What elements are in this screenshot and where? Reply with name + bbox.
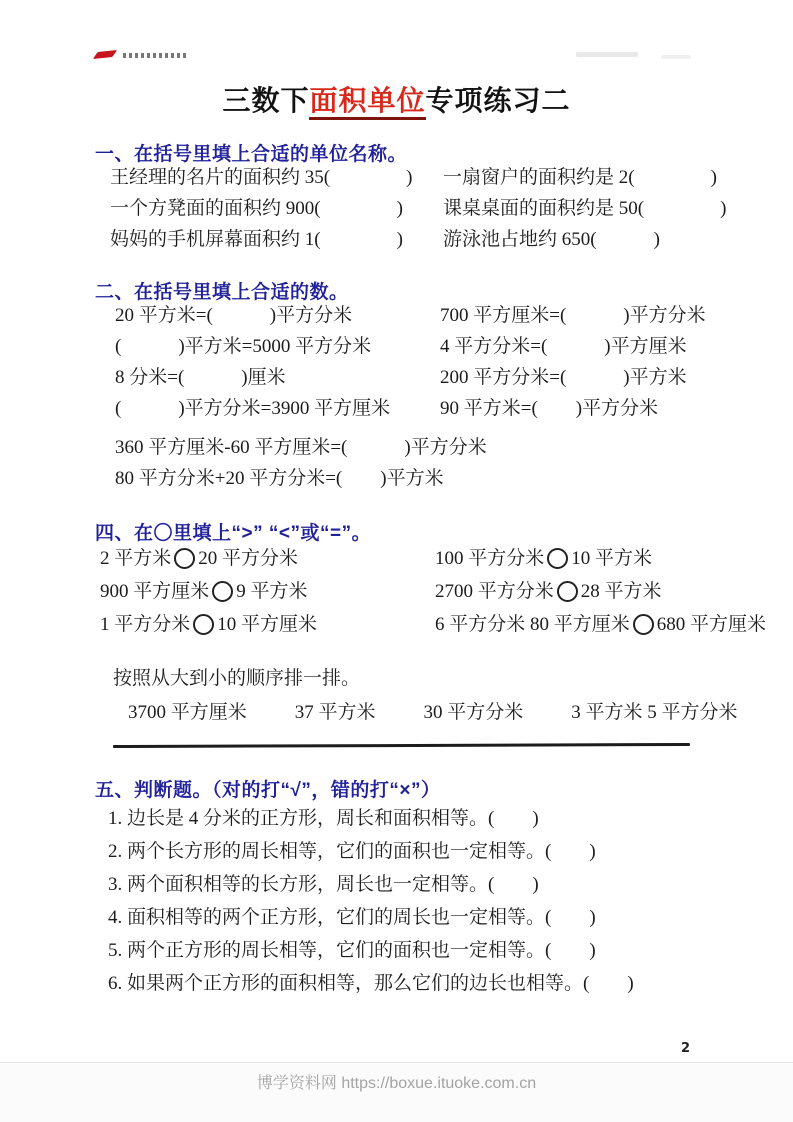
scan-artifact bbox=[661, 55, 691, 59]
worksheet-page: 三数下面积单位专项练习二 一、在括号里填上合适的单位名称。 王经理的名片的面积约… bbox=[0, 0, 793, 1122]
compare-right-value: 9 平方米 bbox=[236, 581, 307, 602]
sort-item: 37 平方米 bbox=[295, 697, 376, 724]
page-title: 三数下面积单位专项练习二 bbox=[0, 79, 793, 119]
comparison-item: 1 平方分米10 平方厘米 bbox=[100, 613, 435, 646]
question-item: 一个方凳面的面积约 900( ) bbox=[110, 197, 443, 228]
compare-left-value: 2700 平方分米 bbox=[435, 581, 554, 602]
section-one-rows: 王经理的名片的面积约 35( ) 一扇窗户的面积约是 2( ) 一个方凳面的面积… bbox=[110, 166, 760, 259]
compare-left-value: 100 平方分米 bbox=[435, 548, 544, 569]
comparison-item: 6 平方分米 80 平方厘米680 平方厘米 bbox=[435, 613, 770, 646]
question-item: ( )平方米=5000 平方分米 bbox=[115, 335, 440, 366]
compare-right-value: 28 平方米 bbox=[581, 581, 662, 602]
judgement-item: 6. 如果两个正方形的面积相等，那么它们的边长也相等。( ) bbox=[108, 972, 634, 1005]
compare-right-value: 10 平方厘米 bbox=[217, 614, 317, 635]
question-item: 游泳池占地约 650( ) bbox=[443, 228, 760, 259]
title-highlight: 面积单位 bbox=[309, 85, 425, 120]
title-suffix: 专项练习二 bbox=[426, 85, 571, 116]
answer-blank-line bbox=[113, 743, 690, 748]
comparison-circle bbox=[557, 581, 578, 602]
scan-artifact bbox=[576, 52, 638, 57]
sort-item: 30 平方分米 bbox=[424, 697, 524, 724]
publisher-tagline-illegible bbox=[123, 53, 189, 58]
comparison-circle bbox=[174, 548, 195, 569]
compare-left-value: 1 平方分米 bbox=[100, 614, 190, 635]
compare-left-value: 2 平方米 bbox=[100, 548, 171, 569]
question-item: 700 平方厘米=( )平方分米 bbox=[440, 304, 765, 335]
section-four-heading: 四、在〇里填上“>” “<”或“=”。 bbox=[95, 518, 371, 545]
title-prefix: 三数下 bbox=[222, 85, 309, 116]
sort-item: 3700 平方厘米 bbox=[128, 697, 247, 724]
question-item: 课桌桌面的面积约是 50( ) bbox=[443, 197, 760, 228]
section-two-rows: 20 平方米=( )平方分米 700 平方厘米=( )平方分米 ( )平方米=5… bbox=[115, 304, 765, 428]
comparison-item: 900 平方厘米9 平方米 bbox=[100, 580, 435, 613]
sort-item: 3 平方米 5 平方分米 bbox=[571, 697, 737, 724]
publisher-logo-icon bbox=[93, 50, 117, 59]
comparison-item: 100 平方分米10 平方米 bbox=[435, 547, 770, 580]
question-item: 90 平方米=( )平方分米 bbox=[440, 397, 765, 428]
question-item: 一扇窗户的面积约是 2( ) bbox=[443, 166, 760, 197]
question-item: 4 平方分米=( )平方厘米 bbox=[440, 335, 765, 366]
compare-left-value: 900 平方厘米 bbox=[100, 581, 209, 602]
comparison-circle bbox=[547, 548, 568, 569]
question-item: 360 平方厘米-60 平方厘米=( )平方分米 bbox=[115, 436, 487, 467]
section-one-heading: 一、在括号里填上合适的单位名称。 bbox=[95, 139, 407, 166]
section-two-extra-rows: 360 平方厘米-60 平方厘米=( )平方分米 80 平方分米+20 平方分米… bbox=[115, 436, 487, 498]
judgement-item: 3. 两个面积相等的长方形，周长也一定相等。( ) bbox=[108, 873, 634, 906]
compare-right-value: 10 平方米 bbox=[571, 548, 652, 569]
compare-right-value: 680 平方厘米 bbox=[657, 614, 766, 635]
judgement-item: 4. 面积相等的两个正方形，它们的周长也一定相等。( ) bbox=[108, 906, 634, 939]
question-item: 80 平方分米+20 平方分米=( )平方米 bbox=[115, 467, 487, 498]
comparison-circle bbox=[212, 581, 233, 602]
comparison-item: 2700 平方分米28 平方米 bbox=[435, 580, 770, 613]
question-item: 妈妈的手机屏幕面积约 1( ) bbox=[110, 228, 443, 259]
comparison-circle bbox=[193, 614, 214, 635]
question-item: 8 分米=( )厘米 bbox=[115, 366, 440, 397]
section-five-items: 1. 边长是 4 分米的正方形，周长和面积相等。( ) 2. 两个长方形的周长相… bbox=[108, 807, 634, 1005]
sort-items-row: 3700 平方厘米 37 平方米 30 平方分米 3 平方米 5 平方分米 bbox=[128, 697, 738, 724]
compare-left-value: 6 平方分米 80 平方厘米 bbox=[435, 614, 630, 635]
sort-prompt: 按照从大到小的顺序排一排。 bbox=[113, 663, 360, 690]
compare-right-value: 20 平方分米 bbox=[198, 548, 298, 569]
footer-site-link: 博学资料网 https://boxue.ituoke.com.cn bbox=[0, 1070, 793, 1093]
question-item: 20 平方米=( )平方分米 bbox=[115, 304, 440, 335]
judgement-item: 2. 两个长方形的周长相等，它们的面积也一定相等。( ) bbox=[108, 840, 634, 873]
judgement-item: 1. 边长是 4 分米的正方形，周长和面积相等。( ) bbox=[108, 807, 634, 840]
question-item: 王经理的名片的面积约 35( ) bbox=[110, 166, 443, 197]
section-four-rows: 2 平方米20 平方分米 100 平方分米10 平方米 900 平方厘米9 平方… bbox=[100, 547, 770, 646]
page-number: 2 bbox=[681, 1041, 690, 1056]
section-five-heading: 五、判断题。（对的打“√”，错的打“×”） bbox=[95, 775, 441, 802]
judgement-item: 5. 两个正方形的周长相等，它们的面积也一定相等。( ) bbox=[108, 939, 634, 972]
section-two-heading: 二、在括号里填上合适的数。 bbox=[95, 277, 349, 304]
comparison-item: 2 平方米20 平方分米 bbox=[100, 547, 435, 580]
comparison-circle bbox=[633, 614, 654, 635]
question-item: 200 平方分米=( )平方米 bbox=[440, 366, 765, 397]
question-item: ( )平方分米=3900 平方厘米 bbox=[115, 397, 440, 428]
